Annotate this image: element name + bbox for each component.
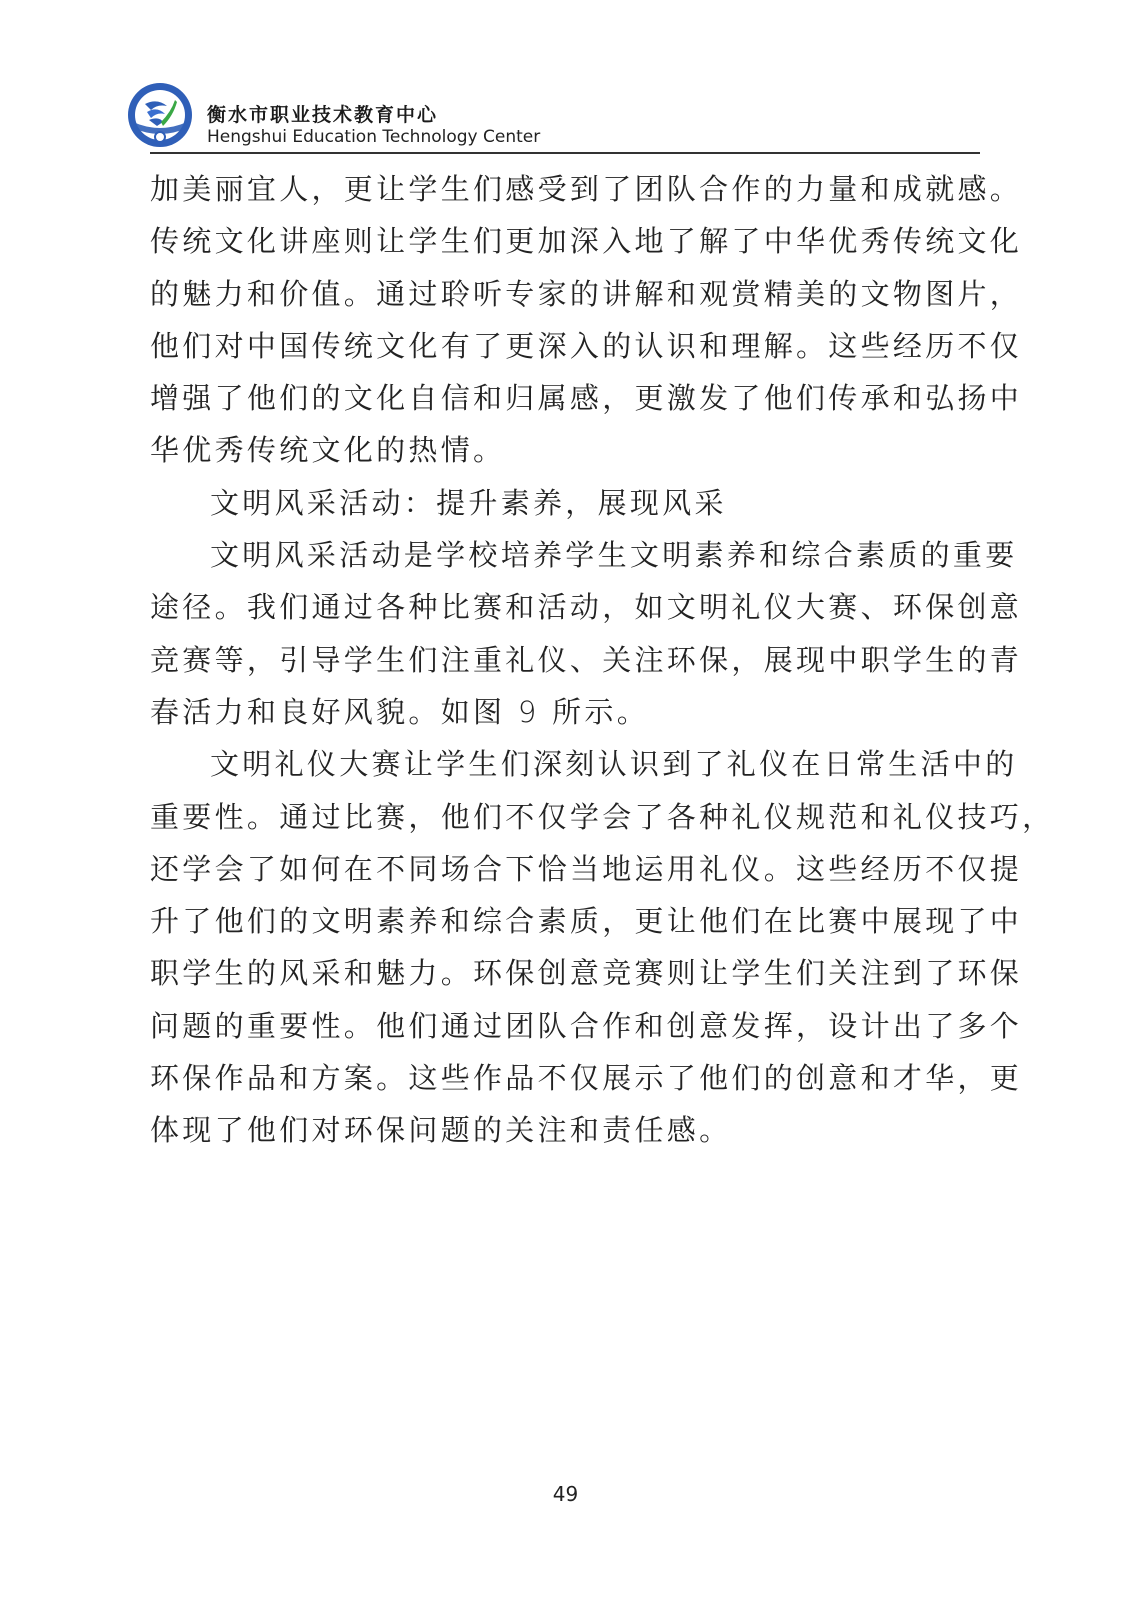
page-number: 49 <box>0 1482 1131 1506</box>
text-line: 加美丽宜人，更让学生们感受到了团队合作的力量和成就感。 <box>150 163 980 215</box>
text-line: 增强了他们的文化自信和归属感，更激发了他们传承和弘扬中 <box>150 372 980 424</box>
text-line: 文明风采活动是学校培养学生文明素养和综合素质的重要 <box>150 529 980 581</box>
text-line: 春活力和良好风貌。如图 9 所示。 <box>150 686 980 738</box>
text-line: 环保作品和方案。这些作品不仅展示了他们的创意和才华，更 <box>150 1052 980 1104</box>
text-line: 重要性。通过比赛，他们不仅学会了各种礼仪规范和礼仪技巧， <box>150 791 980 843</box>
organization-name-cn: 衡水市职业技术教育中心 <box>207 100 438 127</box>
text-line: 体现了他们对环保问题的关注和责任感。 <box>150 1104 980 1156</box>
organization-name-en: Hengshui Education Technology Center <box>207 127 540 147</box>
text-line: 他们对中国传统文化有了更深入的认识和理解。这些经历不仅 <box>150 320 980 372</box>
school-emblem-icon <box>127 82 193 148</box>
text-line: 传统文化讲座则让学生们更加深入地了解了中华优秀传统文化 <box>150 215 980 267</box>
section-heading: 文明风采活动：提升素养，展现风采 <box>150 477 980 529</box>
page-header: 衡水市职业技术教育中心 Hengshui Education Technolog… <box>125 82 980 154</box>
text-line: 途径。我们通过各种比赛和活动，如文明礼仪大赛、环保创意 <box>150 581 980 633</box>
text-line: 职学生的风采和魅力。环保创意竞赛则让学生们关注到了环保 <box>150 947 980 999</box>
text-line: 竞赛等，引导学生们注重礼仪、关注环保，展现中职学生的青 <box>150 634 980 686</box>
text-line: 问题的重要性。他们通过团队合作和创意发挥，设计出了多个 <box>150 1000 980 1052</box>
text-line: 文明礼仪大赛让学生们深刻认识到了礼仪在日常生活中的 <box>150 738 980 790</box>
text-line: 的魅力和价值。通过聆听专家的讲解和观赏精美的文物图片， <box>150 268 980 320</box>
text-line: 升了他们的文明素养和综合素质，更让他们在比赛中展现了中 <box>150 895 980 947</box>
text-line: 还学会了如何在不同场合下恰当地运用礼仪。这些经历不仅提 <box>150 843 980 895</box>
document-body: 加美丽宜人，更让学生们感受到了团队合作的力量和成就感。 传统文化讲座则让学生们更… <box>150 163 980 1157</box>
header-divider <box>150 152 980 154</box>
text-line: 华优秀传统文化的热情。 <box>150 424 980 476</box>
